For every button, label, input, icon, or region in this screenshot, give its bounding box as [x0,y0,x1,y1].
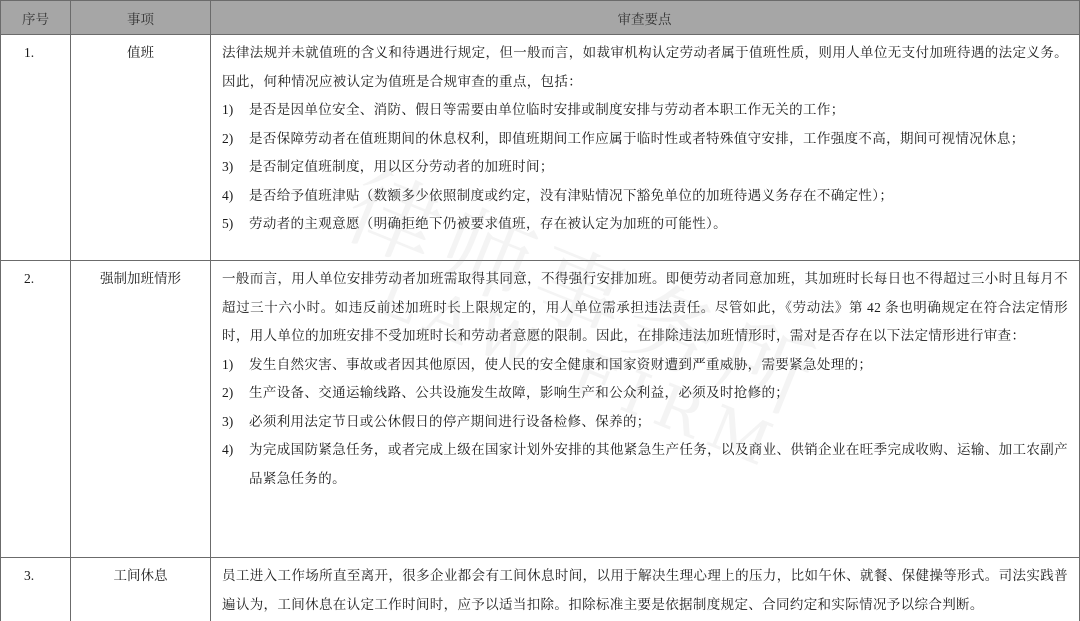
compliance-review-table: 序号 事项 审查要点 1. 值班 法律法规并未就值班的含义和待遇进行规定，但一般… [0,0,1080,621]
table-header-row: 序号 事项 审查要点 [1,1,1079,35]
list-text: 劳动者的主观意愿（明确拒绝下仍被要求值班，存在被认定为加班的可能性）。 [249,210,1068,239]
list-text: 是否给予值班津贴（数额多少依照制度或约定，没有津贴情况下豁免单位的加班待遇义务存… [249,182,1068,211]
list-marker: 1) [222,96,249,125]
intro-paragraph: 一般而言，用人单位安排劳动者加班需取得其同意，不得强行安排加班。即便劳动者同意加… [222,265,1068,351]
list-item: 4)是否给予值班津贴（数额多少依照制度或约定，没有津贴情况下豁免单位的加班待遇义… [222,182,1068,211]
table-row: 1. 值班 法律法规并未就值班的含义和待遇进行规定，但一般而言，如裁审机构认定劳… [1,35,1079,261]
list-marker: 4) [222,182,249,211]
list-text: 是否保障劳动者在值班期间的休息权利，即值班期间工作应属于临时性或者特殊值守安排，… [249,125,1068,154]
row-index: 1. [1,35,71,260]
list-marker: 3) [222,408,249,437]
table-row: 2. 强制加班情形 一般而言，用人单位安排劳动者加班需取得其同意，不得强行安排加… [1,261,1079,558]
intro-paragraph: 法律法规并未就值班的含义和待遇进行规定，但一般而言，如裁审机构认定劳动者属于值班… [222,39,1068,96]
row-review-points: 一般而言，用人单位安排劳动者加班需取得其同意，不得强行安排加班。即便劳动者同意加… [211,261,1078,557]
header-review-points: 审查要点 [211,1,1078,34]
list-item: 1)发生自然灾害、事故或者因其他原因，使人民的安全健康和国家资财遭到严重威胁，需… [222,351,1068,380]
list-item: 3)必须利用法定节日或公休假日的停产期间进行设备检修、保养的； [222,408,1068,437]
list-item: 5)劳动者的主观意愿（明确拒绝下仍被要求值班，存在被认定为加班的可能性）。 [222,210,1068,239]
row-index: 3. [1,558,71,621]
list-marker: 2) [222,379,249,408]
header-index: 序号 [1,1,71,34]
header-item: 事项 [71,1,211,34]
row-review-points: 法律法规并未就值班的含义和待遇进行规定，但一般而言，如裁审机构认定劳动者属于值班… [211,35,1078,260]
list-marker: 1) [222,351,249,380]
table-row: 3. 工间休息 员工进入工作场所直至离开，很多企业都会有工间休息时间，以用于解决… [1,558,1079,621]
list-text: 发生自然灾害、事故或者因其他原因，使人民的安全健康和国家资财遭到严重威胁，需要紧… [249,351,1068,380]
list-item: 2)生产设备、交通运输线路、公共设施发生故障，影响生产和公众利益，必须及时抢修的… [222,379,1068,408]
list-text: 必须利用法定节日或公休假日的停产期间进行设备检修、保养的； [249,408,1068,437]
list-text: 生产设备、交通运输线路、公共设施发生故障，影响生产和公众利益，必须及时抢修的； [249,379,1068,408]
list-marker: 3) [222,153,249,182]
list-text: 为完成国防紧急任务，或者完成上级在国家计划外安排的其他紧急生产任务，以及商业、供… [249,436,1068,493]
row-item: 强制加班情形 [71,261,211,557]
list-text: 是否是因单位安全、消防、假日等需要由单位临时安排或制度安排与劳动者本职工作无关的… [249,96,1068,125]
list-marker: 2) [222,125,249,154]
row-item: 值班 [71,35,211,260]
intro-paragraph: 员工进入工作场所直至离开，很多企业都会有工间休息时间，以用于解决生理心理上的压力… [222,562,1068,619]
list-item: 2)是否保障劳动者在值班期间的休息权利，即值班期间工作应属于临时性或者特殊值守安… [222,125,1068,154]
row-index: 2. [1,261,71,557]
list-marker: 4) [222,436,249,493]
list-item: 4)为完成国防紧急任务，或者完成上级在国家计划外安排的其他紧急生产任务，以及商业… [222,436,1068,493]
row-item: 工间休息 [71,558,211,621]
row-review-points: 员工进入工作场所直至离开，很多企业都会有工间休息时间，以用于解决生理心理上的压力… [211,558,1078,621]
list-item: 3)是否制定值班制度，用以区分劳动者的加班时间； [222,153,1068,182]
list-item: 1)是否是因单位安全、消防、假日等需要由单位临时安排或制度安排与劳动者本职工作无… [222,96,1068,125]
list-marker: 5) [222,210,249,239]
list-text: 是否制定值班制度，用以区分劳动者的加班时间； [249,153,1068,182]
